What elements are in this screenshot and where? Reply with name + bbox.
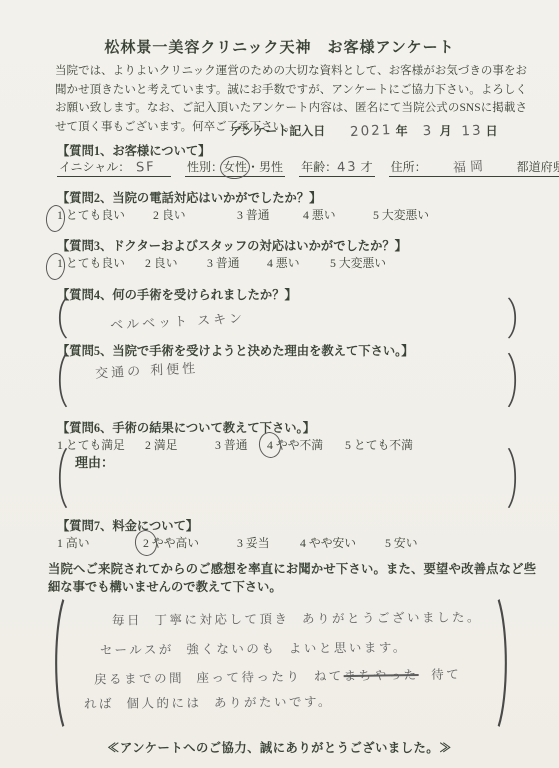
q2-option-1-label: とても良い xyxy=(66,208,125,222)
q2-options-row: 1とても良い 2良い 3普通 4悪い 5大変悪い xyxy=(57,206,527,222)
gender-female-option: 女性 xyxy=(223,160,247,174)
q2-option-5-label: 大変悪い xyxy=(382,208,429,222)
q3-heading: 【質問3、ドクターおよびスタッフの対応はいかがでしたか？】 xyxy=(57,236,407,254)
q3-option-1-label: とても良い xyxy=(66,256,125,270)
date-year-value: 2021 xyxy=(350,122,393,140)
initial-label: イニシャル： xyxy=(59,160,130,174)
q7-option-5: 5安い xyxy=(385,534,418,551)
date-label: アンケート記入日 xyxy=(230,124,325,138)
q7-option-3: 3妥当 xyxy=(237,534,270,551)
q3-option-4: 4悪い xyxy=(267,254,300,271)
left-parenthesis-mark xyxy=(55,447,69,509)
gender-selected-circle: 女性 xyxy=(223,158,247,175)
q6-reason-box: 理由： xyxy=(55,447,520,509)
comment-line-3-tail: 待て xyxy=(431,666,461,681)
q7-option-4-label: やや安い xyxy=(309,536,356,550)
q2-option-2-label: 良い xyxy=(162,208,186,222)
right-parenthesis-mark xyxy=(506,447,520,509)
comment-line-4: れば 個人的には ありがたいです。 xyxy=(84,692,333,712)
comment-line-2: セールスが 強くないのも よいと思います。 xyxy=(100,638,408,659)
address-value: 福岡 xyxy=(452,155,487,176)
q1-fields-row: イニシャル：SF性別：女性・男性年齢：43 才住所：福岡都道府県 xyxy=(57,156,559,177)
q7-selected-circle: 2 xyxy=(143,536,149,551)
q3-option-5-label: 大変悪い xyxy=(339,256,386,270)
q5-answer-value: 交通の 利便性 xyxy=(95,357,199,381)
q3-option-1: 1とても良い xyxy=(57,254,125,271)
q2-option-2: 2良い xyxy=(153,206,186,223)
q2-heading: 【質問2、当院の電話対応はいかがでしたか？】 xyxy=(57,188,321,206)
date-month-value: 3 xyxy=(418,123,437,140)
q3-option-4-label: 悪い xyxy=(276,256,300,270)
comment-line-3-text: 戻るまでの間 座って待ったり ねて xyxy=(94,668,344,686)
q7-option-4: 4やや安い xyxy=(300,534,356,551)
feedback-prompt: 当院へご来院されてからのご感想を率直にお聞かせ下さい。また、要望や改善点など些細… xyxy=(48,560,536,596)
gender-male-option: 男性 xyxy=(259,160,283,174)
q7-option-2: 2やや高い xyxy=(143,534,199,551)
right-parenthesis-mark xyxy=(506,297,520,339)
q7-option-5-label: 安い xyxy=(394,536,418,550)
initial-field: イニシャル：SF xyxy=(57,158,171,177)
q2-option-4-label: 悪い xyxy=(312,208,336,222)
age-field: 年齢：43 才 xyxy=(299,158,375,177)
q2-option-5: 5大変悪い xyxy=(373,206,429,223)
date-day-unit: 日 xyxy=(486,124,498,138)
right-parenthesis-mark xyxy=(506,352,520,408)
gender-field: 性別：女性・男性 xyxy=(185,158,285,177)
q3-options-row: 1とても良い 2良い 3普通 4悪い 5大変悪い xyxy=(57,254,527,270)
q2-selected-circle: 1 xyxy=(57,208,63,223)
right-parenthesis-mark xyxy=(496,597,510,729)
left-parenthesis-mark xyxy=(52,597,66,729)
q4-answer-box: ベルベット スキン xyxy=(55,297,520,339)
page-title: 松林景一美容クリニック天神 お客様アンケート xyxy=(0,36,559,57)
footer-thanks: ≪アンケートへのご協力、誠にありがとうございました。≫ xyxy=(0,738,559,756)
feedback-comment-box: 毎日 丁寧に対応して頂き ありがとうございました。 セールスが 強くないのも よ… xyxy=(52,597,510,729)
age-unit: 才 xyxy=(361,160,373,174)
address-label: 住所： xyxy=(391,160,427,174)
scanned-survey-page: 松林景一美容クリニック天神 お客様アンケート 当院では、よりよいクリニック運営の… xyxy=(0,0,559,768)
q5-answer-box: 交通の 利便性 xyxy=(55,352,520,408)
q7-heading: 【質問7、料金について】 xyxy=(57,516,198,534)
q3-option-2-label: 良い xyxy=(154,256,178,270)
date-year-unit: 年 xyxy=(396,124,408,138)
q7-options-row: 1高い 2やや高い 3妥当 4やや安い 5安い xyxy=(57,534,527,550)
q2-option-1: 1とても良い xyxy=(57,206,125,223)
q4-answer-value: ベルベット スキン xyxy=(110,307,246,333)
survey-date-row: アンケート記入日 2021 年 3 月 13 日 xyxy=(230,122,498,139)
q2-option-4: 4悪い xyxy=(303,206,336,223)
q3-option-3-label: 普通 xyxy=(216,256,240,270)
q3-option-3: 3普通 xyxy=(207,254,240,271)
date-day-value: 13 xyxy=(460,122,483,139)
age-label: 年齢： xyxy=(301,160,337,174)
q3-option-2: 2良い xyxy=(145,254,178,271)
q6-heading: 【質問6、手術の結果について教えて下さい。】 xyxy=(57,418,315,436)
q7-option-1: 1高い xyxy=(57,534,90,551)
q7-option-1-label: 高い xyxy=(66,536,90,550)
date-month-unit: 月 xyxy=(440,124,452,138)
address-unit: 都道府県 xyxy=(517,160,559,174)
address-field: 住所：福岡都道府県 xyxy=(389,156,559,177)
left-parenthesis-mark xyxy=(55,352,69,408)
q7-option-3-label: 妥当 xyxy=(246,536,270,550)
comment-line-1: 毎日 丁寧に対応して頂き ありがとうございました。 xyxy=(112,607,482,628)
comment-line-3: 戻るまでの間 座って待ったり ねてまちやった 待て xyxy=(94,664,461,687)
q7-option-2-label: やや高い xyxy=(152,536,199,550)
age-value: 43 xyxy=(337,159,358,175)
q2-option-3-label: 普通 xyxy=(246,208,270,222)
initial-value: SF xyxy=(136,159,156,175)
q6-reason-label: 理由： xyxy=(75,452,114,471)
comment-struck-text: まちやった xyxy=(344,667,419,683)
q2-option-3: 3普通 xyxy=(237,206,270,223)
q3-selected-circle: 1 xyxy=(57,256,63,271)
q3-option-5: 5大変悪い xyxy=(330,254,386,271)
gender-label: 性別： xyxy=(187,160,223,174)
left-parenthesis-mark xyxy=(55,297,69,339)
